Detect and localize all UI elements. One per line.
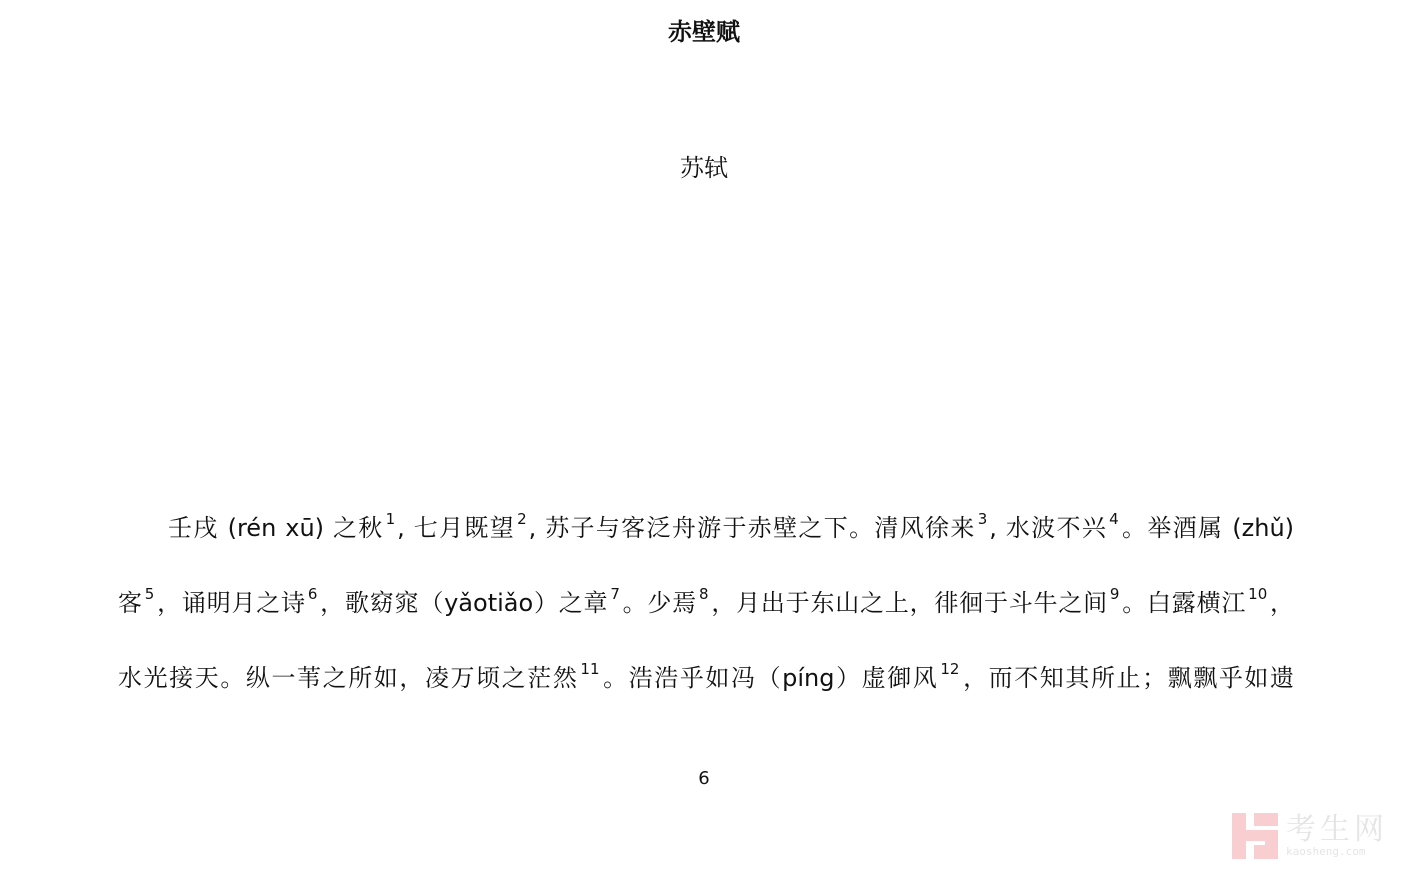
text-segment: 。举酒属 (zhǔ) [1121,514,1294,542]
footnote-ref-6[interactable]: 6 [308,585,318,603]
text-segment: 客 [118,589,143,617]
watermark-cn: 考生网 [1286,814,1388,846]
footnote-ref-8[interactable]: 8 [699,585,709,603]
footnote-ref-5[interactable]: 5 [145,585,155,603]
body-paragraph: 壬戌 (rén xū) 之秋1, 七月既望2, 苏子与客泛舟游于赤壁之下。清风徐… [118,510,1294,735]
footnote-ref-1[interactable]: 1 [386,510,396,528]
text-segment: 水光接天。纵一苇之所如，凌万顷之茫然 [118,664,578,692]
text-segment: , 苏子与客泛舟游于赤壁之下。清风徐来 [529,514,976,542]
text-segment: 壬戌 (rén xū) 之秋 [168,514,384,542]
text-segment: 。少焉 [622,589,697,617]
text-segment: ，诵明月之诗 [156,589,306,617]
body-line-3: 水光接天。纵一苇之所如，凌万顷之茫然11。浩浩乎如冯（píng）虚御风12，而不… [118,660,1294,735]
text-segment: ，歌窈窕（yǎotiǎo）之章 [319,589,608,617]
kaosheng-logo-icon [1232,813,1278,859]
page-number: 6 [0,766,1408,792]
body-line-2: 客5，诵明月之诗6，歌窈窕（yǎotiǎo）之章7。少焉8，月出于东山之上，徘徊… [118,585,1294,660]
watermark-text: 考生网 kaosheng.com [1286,814,1388,858]
watermark: 考生网 kaosheng.com [1232,810,1402,862]
document-title: 赤壁赋 [0,14,1408,50]
text-segment: ，而不知其所止；飘飘乎如遗 [961,664,1294,692]
footnote-ref-2[interactable]: 2 [517,510,527,528]
footnote-ref-3[interactable]: 3 [978,510,988,528]
text-segment: 。白露横江 [1121,589,1246,617]
footnote-ref-9[interactable]: 9 [1110,585,1120,603]
footnote-ref-4[interactable]: 4 [1109,510,1119,528]
text-segment: ， [1269,589,1294,617]
text-segment: 。浩浩乎如冯（píng）虚御风 [602,664,939,692]
body-line-1: 壬戌 (rén xū) 之秋1, 七月既望2, 苏子与客泛舟游于赤壁之下。清风徐… [118,510,1294,585]
footnote-ref-12[interactable]: 12 [940,660,959,678]
text-segment: ，月出于东山之上，徘徊于斗牛之间 [711,589,1108,617]
footnote-ref-7[interactable]: 7 [610,585,620,603]
footnote-ref-11[interactable]: 11 [580,660,599,678]
document-author: 苏轼 [0,150,1408,186]
text-segment: , 七月既望 [397,514,515,542]
text-segment: , 水波不兴 [989,514,1107,542]
watermark-en: kaosheng.com [1286,846,1388,858]
footnote-ref-10[interactable]: 10 [1248,585,1267,603]
